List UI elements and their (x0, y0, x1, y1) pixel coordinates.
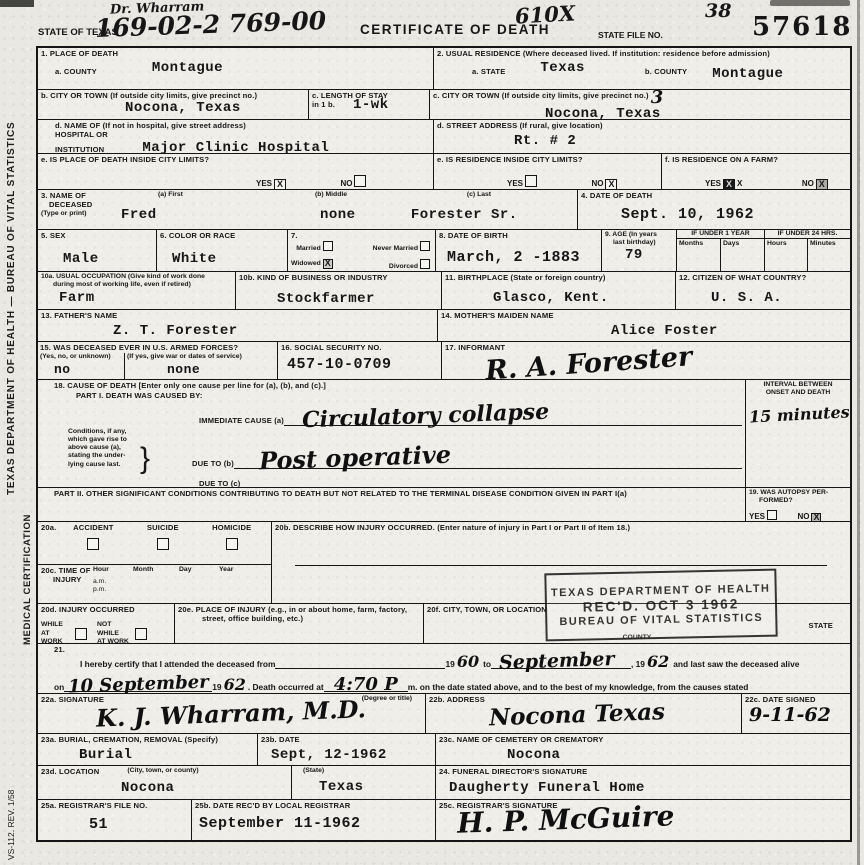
suicide-label: SUICIDE (147, 523, 179, 532)
sex-label: 5. SEX (41, 231, 153, 240)
time-of-injury-label2: INJURY (53, 575, 93, 584)
to-month-handwritten: September (499, 648, 615, 674)
burial-date-label: 23b. DATE (261, 735, 432, 744)
manner-num-label: 20a. (41, 523, 56, 563)
birthplace-value: Glasco, Kent. (493, 290, 672, 306)
place-city-value: Nocona, Texas (125, 100, 305, 116)
time-of-injury-cell: 20c. TIME OF INJURY Hour a.m. p.m. Month… (38, 565, 271, 603)
checkbox-divorced (420, 259, 430, 269)
manner-cell: 20a. ACCIDENT SUICIDE HOMICIDE (38, 522, 271, 565)
checkbox-mark: X (726, 179, 732, 189)
date-recd-label: 25b. DATE REC'D BY LOCAL REGISTRAR (195, 801, 432, 810)
checkbox-mark: X (608, 179, 614, 189)
citizen-value: U. S. A. (711, 290, 847, 306)
residence-farm-cell: f. IS RESIDENCE ON A FARM? YESXX NOX (662, 154, 850, 189)
checkbox-widowed: X (323, 259, 333, 269)
residence-limits-cell: e. IS RESIDENCE INSIDE CITY LIMITS? YES … (434, 154, 662, 189)
physician-address-cell: 22b. ADDRESS Nocona Texas (426, 694, 742, 733)
margin-medical-certification-text: MEDICAL CERTIFICATION (22, 450, 33, 645)
deceased-name-label3: (Type or print) (41, 210, 103, 218)
occupation-label2: during most of working life, even if ret… (53, 281, 232, 289)
sex-cell: 5. SEX Male (38, 230, 157, 271)
cemetery-label: 23c. NAME OF CEMETERY OR CREMATORY (439, 735, 847, 744)
citizen-label: 12. CITIZEN OF WHAT COUNTRY? (679, 273, 847, 282)
pm-label: p.m. (93, 586, 133, 594)
checkbox-residence-farm-yes: X (723, 179, 735, 189)
checkbox-autopsy-no: X (811, 513, 821, 521)
date-recd-value: September 11-1962 (199, 815, 432, 832)
checkbox-accident (87, 538, 99, 550)
interval-cell: INTERVAL BETWEEN ONSET AND DEATH 15 minu… (746, 380, 850, 487)
due-to-b-handwritten: Post operative (258, 439, 451, 475)
deceased-name-label2: DECEASED (49, 200, 103, 209)
hours-label: Hours (765, 239, 808, 271)
business-industry-label: 10b. KIND OF BUSINESS OR INDUSTRY (239, 273, 438, 282)
place-of-death-cell: 1. PLACE OF DEATH a. COUNTY Montague (38, 48, 434, 89)
time-of-injury-label: 20c. TIME OF (41, 566, 93, 575)
age-cell: 9. AGE (In years last birthday) 79 (602, 230, 677, 271)
yes-label: YES (705, 179, 721, 188)
date-signed-handwritten: 9-11-62 (749, 704, 847, 726)
place-of-injury-label2: street, office building, etc.) (202, 614, 420, 623)
residence-farm-label: f. IS RESIDENCE ON A FARM? (665, 155, 847, 164)
fathers-name-value: Z. T. Forester (113, 323, 434, 339)
burial-location-sub1: (City, town, or county) (127, 767, 198, 776)
from-year-handwritten: 60 (457, 652, 479, 671)
months-label: Months (677, 239, 721, 271)
date-of-birth-cell: 8. DATE OF BIRTH March, 2 -1883 (436, 230, 602, 271)
certify-year-prefix-3: 19 (212, 682, 221, 692)
residence-limits-label: e. IS RESIDENCE INSIDE CITY LIMITS? (437, 155, 658, 164)
place-limits-label: e. IS PLACE OF DEATH INSIDE CITY LIMITS? (41, 155, 430, 164)
age-label2: last birthday) (613, 239, 673, 247)
first-name-value: Fred (121, 207, 255, 223)
hour-label: Hour (93, 566, 133, 574)
am-label: a.m. (93, 578, 133, 586)
certificate-form: 1. PLACE OF DEATH a. COUNTY Montague 2. … (36, 46, 852, 842)
funeral-director-value: Daugherty Funeral Home (449, 780, 847, 796)
days-label: Days (721, 239, 764, 271)
registrar-signature: H. P. McGuire (457, 800, 848, 840)
ssn-value: 457-10-0709 (287, 356, 438, 373)
never-married-label: Never Married (373, 245, 418, 252)
business-industry-cell: 10b. KIND OF BUSINESS OR INDUSTRY Stockf… (236, 272, 442, 309)
checkbox-place-limits-yes: X (274, 179, 286, 189)
age-label: 9. AGE (In years (605, 231, 673, 239)
certify-death-occurred: . Death occurred at (248, 682, 324, 692)
burial-location-city-value: Nocona (121, 780, 288, 796)
burial-date-cell: 23b. DATE Sept, 12-1962 (258, 734, 436, 765)
checkbox-suicide (157, 538, 169, 550)
middle-name-value: none (320, 207, 407, 223)
armed-forces-answer: no (54, 362, 122, 377)
no-label: NO (591, 179, 603, 188)
residence-city-label: c. CITY OR TOWN (If outside city limits,… (433, 91, 649, 100)
marital-label: 7. (291, 231, 432, 240)
business-industry-value: Stockfarmer (277, 291, 438, 307)
registrar-signature-cell: 25c. REGISTRAR'S SIGNATURE H. P. McGuire (436, 800, 850, 840)
date-recd-cell: 25b. DATE REC'D BY LOCAL REGISTRAR Septe… (192, 800, 436, 840)
residence-county-label: b. COUNTY (645, 67, 687, 76)
cause-of-death-label: 18. CAUSE OF DEATH [Enter only one cause… (54, 381, 742, 390)
usual-residence-cell: 2. USUAL RESIDENCE (Where deceased lived… (434, 48, 850, 89)
margin-form-number: VS-112. REV. 1/58 (6, 645, 16, 860)
color-race-cell: 6. COLOR OR RACE White (157, 230, 288, 271)
date-of-birth-label: 8. DATE OF BIRTH (439, 231, 598, 240)
widowed-option: WidowedX (291, 259, 335, 269)
divorced-label: Divorced (389, 263, 418, 270)
armed-forces-service: none (167, 362, 275, 377)
mothers-maiden-name-value: Alice Foster (611, 323, 847, 339)
never-married-option: Never Married (373, 241, 432, 253)
hospital-label3: INSTITUTION (55, 145, 104, 153)
if-under-24-hrs-cell: IF UNDER 24 HRS. Hours Minutes (765, 230, 850, 271)
injury-city-label: 20f. CITY, TOWN, OR LOCATION (427, 605, 547, 630)
fathers-name-cell: 13. FATHER'S NAME Z. T. Forester (38, 310, 438, 341)
injury-occurred-cell: 20d. INJURY OCCURRED WHILE ATWORK NOT WH… (38, 604, 175, 643)
certify-text-1: I hereby certify that I attended the dec… (80, 659, 275, 669)
registrar-file-no-value: 51 (89, 816, 188, 833)
informant-cell: 17. INFORMANT R. A. Forester (442, 342, 850, 379)
occupation-value: Farm (59, 290, 232, 306)
funeral-director-cell: 24. FUNERAL DIRECTOR'S SIGNATURE Daugher… (436, 766, 850, 799)
color-race-label: 6. COLOR OR RACE (160, 231, 284, 240)
hospital-label2: HOSPITAL OR (55, 130, 430, 139)
deceased-name-label: 3. NAME OF (41, 191, 103, 200)
to-year-handwritten: 62 (647, 652, 669, 671)
due-to-b-label: DUE TO (b) (192, 459, 234, 468)
hospital-label: d. NAME OF (If not in hospital, give str… (55, 121, 430, 130)
marital-status-cell: 7. Married WidowedX Never Married Divorc… (288, 230, 436, 271)
burial-location-state-value: Texas (319, 779, 432, 795)
checkbox-homicide (226, 538, 238, 550)
date-of-death-label: 4. DATE OF DEATH (581, 191, 847, 200)
scan-artifact (0, 0, 34, 7)
describe-injury-blank-line (295, 564, 827, 566)
length-of-stay-value: 1-wk (353, 97, 389, 113)
burial-cell: 23a. BURIAL, CREMATION, REMOVAL (Specify… (38, 734, 258, 765)
registrar-file-no-cell: 25a. REGISTRAR'S FILE NO. 51 (38, 800, 192, 840)
place-of-death-label: 1. PLACE OF DEATH (41, 49, 430, 58)
citizen-cell: 12. CITIZEN OF WHAT COUNTRY? U. S. A. (676, 272, 850, 309)
due-to-c-blank-line (240, 479, 742, 487)
death-time-handwritten: 4:70 P (334, 674, 398, 693)
certify-text-3: m. on the date stated above, and to the … (408, 682, 749, 692)
date-signed-label: 22c. DATE SIGNED (745, 695, 847, 704)
checkbox-place-limits-no (354, 175, 366, 187)
interval-handwritten: 15 minutes (749, 403, 848, 427)
color-race-value: White (172, 251, 284, 267)
minutes-label: Minutes (808, 239, 850, 271)
armed-forces-sub2-label: (If yes, give war or dates of service) (127, 353, 275, 361)
armed-forces-cell: 15. WAS DECEASED EVER IN U.S. ARMED FORC… (38, 342, 278, 379)
residence-city-cell: c. CITY OR TOWN (If outside city limits,… (430, 90, 850, 119)
yes-label: YES (749, 512, 765, 521)
sex-value: Male (63, 251, 153, 267)
widowed-label: Widowed (291, 260, 321, 267)
age-value: 79 (625, 247, 673, 263)
under-24-hrs-label: IF UNDER 24 HRS. (765, 230, 850, 239)
part2-cell: PART II. OTHER SIGNIFICANT CONDITIONS CO… (38, 488, 746, 521)
no-label: NO (340, 179, 352, 188)
margin-department-text: TEXAS DEPARTMENT OF HEALTH — BUREAU OF V… (6, 95, 17, 495)
year-label: Year (219, 566, 233, 602)
place-county-value: Montague (152, 60, 223, 76)
street-address-label: d. STREET ADDRESS (If rural, give locati… (437, 121, 847, 130)
residence-state-value: Texas (540, 60, 585, 76)
alive-year-handwritten: 62 (224, 675, 246, 693)
death-certificate-scan: { "colors": {"paper": "#eae8e2", "ink": … (0, 0, 864, 865)
name-of-deceased-cell: 3. NAME OF DECEASED (Type or print) (a) … (38, 190, 578, 229)
injury-occurred-label: 20d. INJURY OCCURRED (41, 605, 171, 614)
certify-year-prefix-2: , 19 (631, 659, 645, 669)
certify-to-label: to (483, 659, 491, 669)
burial-date-value: Sept, 12-1962 (271, 747, 432, 763)
armed-forces-sub1-label: (Yes, no, or unknown) (40, 353, 122, 361)
date-signed-cell: 22c. DATE SIGNED 9-11-62 (742, 694, 850, 733)
conditions-note: Conditions, if any, which gave rise to a… (68, 428, 140, 469)
residence-city-value: Nocona, Texas (545, 106, 847, 119)
married-label: Married (296, 245, 321, 252)
funeral-director-label: 24. FUNERAL DIRECTOR'S SIGNATURE (439, 767, 847, 776)
scan-artifact (770, 0, 850, 6)
registrar-file-no-label: 25a. REGISTRAR'S FILE NO. (41, 801, 188, 810)
date-of-birth-value: March, 2 -1883 (447, 249, 598, 266)
handwritten-note-1: 610X (514, 0, 575, 28)
checkbox-not-while-at-work (135, 628, 147, 640)
cemetery-value: Nocona (507, 747, 847, 763)
first-name-label: (a) First (158, 191, 255, 199)
residence-county-value: Montague (712, 66, 783, 82)
day-label: Day (179, 566, 219, 602)
physician-signature-cell: 22a. SIGNATURE (Degree or title) K. J. W… (38, 694, 426, 733)
place-city-cell: b. CITY OR TOWN (If outside city limits,… (38, 90, 309, 119)
autopsy-cell: 19. WAS AUTOPSY PER- FORMED? YES NOX (746, 488, 850, 521)
mothers-maiden-name-label: 14. MOTHER'S MAIDEN NAME (441, 311, 847, 320)
yes-label: YES (507, 179, 523, 188)
married-option: Married (291, 241, 335, 253)
not-while-at-work-label: NOT WHILEAT WORK (97, 621, 133, 643)
burial-location-sub2: (State) (303, 767, 432, 775)
month-label: Month (133, 566, 179, 602)
injury-state-label: STATE (808, 621, 833, 630)
certification-statement-cell: 21. I hereby certify that I attended the… (38, 644, 850, 693)
due-to-c-label: DUE TO (c) (199, 479, 240, 487)
checkbox-autopsy-yes (767, 510, 777, 520)
interval-label2: ONSET AND DEATH (749, 389, 847, 397)
received-stamp: TEXAS DEPARTMENT OF HEALTH REC'D. OCT 3 … (544, 569, 777, 642)
burial-location-state-cell: (State) Texas (292, 766, 436, 799)
place-of-injury-label: 20e. PLACE OF INJURY (e.g., in or about … (178, 605, 420, 614)
part2-label: PART II. OTHER SIGNIFICANT CONDITIONS CO… (54, 489, 742, 498)
usual-residence-label: 2. USUAL RESIDENCE (Where deceased lived… (437, 49, 847, 58)
checkbox-mark: X (277, 179, 283, 189)
street-address-value: Rt. # 2 (514, 133, 847, 149)
cause-of-death-cell: 18. CAUSE OF DEATH [Enter only one cause… (38, 380, 746, 487)
ssn-cell: 16. SOCIAL SECURITY NO. 457-10-0709 (278, 342, 442, 379)
place-limits-cell: e. IS PLACE OF DEATH INSIDE CITY LIMITS?… (38, 154, 434, 189)
blank-line (275, 662, 445, 669)
usual-occupation-cell: 10a. USUAL OCCUPATION (Give kind of work… (38, 272, 236, 309)
while-at-work-label: WHILE ATWORK (41, 621, 73, 643)
middle-name-label: (b) Middle (315, 191, 407, 199)
yes-label: YES (256, 179, 272, 188)
length-of-stay-label2: in 1 b. (312, 100, 335, 113)
checkbox-residence-limits-yes (525, 175, 537, 187)
hospital-cell: d. NAME OF (If not in hospital, give str… (38, 120, 434, 153)
autopsy-label2: FORMED? (759, 497, 847, 505)
last-name-value: Forester Sr. (411, 207, 574, 223)
birthplace-label: 11. BIRTHPLACE (State or foreign country… (445, 273, 672, 282)
burial-value: Burial (79, 747, 254, 763)
interval-label: INTERVAL BETWEEN (749, 381, 847, 389)
burial-label: 23a. BURIAL, CREMATION, REMOVAL (Specify… (41, 735, 254, 744)
state-file-number: 57618 (752, 12, 852, 42)
scan-edge (857, 0, 860, 865)
cemetery-cell: 23c. NAME OF CEMETERY OR CREMATORY Nocon… (436, 734, 850, 765)
checkbox-mark: X (813, 512, 819, 521)
mothers-maiden-name-cell: 14. MOTHER'S MAIDEN NAME Alice Foster (438, 310, 850, 341)
certify-text-2: and last saw the deceased alive (673, 659, 799, 669)
checkbox-residence-farm-no: X (816, 179, 828, 189)
brace-glyph: } (140, 449, 150, 469)
alive-date-handwritten: 10 September (68, 672, 209, 693)
state-file-no-label: STATE FILE NO. (598, 30, 663, 40)
checkbox-mark: X (325, 258, 331, 268)
checkbox-residence-limits-no: X (605, 179, 617, 189)
checkbox-never-married (420, 241, 430, 251)
describe-injury-label: 20b. DESCRIBE HOW INJURY OCCURRED. (Ente… (275, 523, 847, 532)
homicide-label: HOMICIDE (212, 523, 251, 532)
hospital-value: Major Clinic Hospital (142, 140, 329, 153)
no-label: NO (802, 179, 814, 188)
county-a-label: a. COUNTY (55, 67, 97, 76)
birthplace-cell: 11. BIRTHPLACE (State or foreign country… (442, 272, 676, 309)
burial-location-label: 23d. LOCATION (41, 767, 99, 776)
length-of-stay-cell: c. LENGTH OF STAY in 1 b. 1-wk (309, 90, 430, 119)
if-under-1-year-cell: IF UNDER 1 YEAR Months Days (677, 230, 765, 271)
no-label: NO (797, 512, 809, 521)
armed-forces-label: 15. WAS DECEASED EVER IN U.S. ARMED FORC… (38, 342, 277, 353)
checkbox-married (323, 241, 333, 251)
farm-yes-extra-mark: X (737, 179, 742, 188)
checkbox-mark: X (819, 179, 825, 189)
occupation-label: 10a. USUAL OCCUPATION (Give kind of work… (41, 273, 232, 281)
last-name-label: (c) Last (467, 191, 574, 199)
date-of-death-cell: 4. DATE OF DEATH Sept. 10, 1962 (578, 190, 850, 229)
residence-state-label: a. STATE (472, 67, 505, 76)
burial-location-city-cell: 23d. LOCATION (City, town, or county) No… (38, 766, 292, 799)
divorced-option: Divorced (373, 259, 432, 271)
street-address-cell: d. STREET ADDRESS (If rural, give locati… (434, 120, 850, 153)
ssn-label: 16. SOCIAL SECURITY NO. (281, 343, 438, 352)
certify-on-label: on (54, 682, 64, 692)
autopsy-label: 19. WAS AUTOPSY PER- (749, 489, 847, 497)
under-1-year-label: IF UNDER 1 YEAR (677, 230, 764, 239)
accident-label: ACCIDENT (73, 523, 113, 532)
place-of-injury-cell: 20e. PLACE OF INJURY (e.g., in or about … (175, 604, 424, 643)
part1-label: PART I. DEATH WAS CAUSED BY: (76, 391, 742, 400)
date-of-death-value: Sept. 10, 1962 (621, 206, 847, 223)
handwritten-note-2: 38 (705, 0, 731, 22)
immediate-cause-label: IMMEDIATE CAUSE (a) (199, 416, 284, 425)
place-city-label: b. CITY OR TOWN (If outside city limits,… (41, 91, 305, 100)
fathers-name-label: 13. FATHER'S NAME (41, 311, 434, 320)
certify-year-prefix-1: 19 (445, 659, 454, 669)
checkbox-while-at-work (75, 628, 87, 640)
